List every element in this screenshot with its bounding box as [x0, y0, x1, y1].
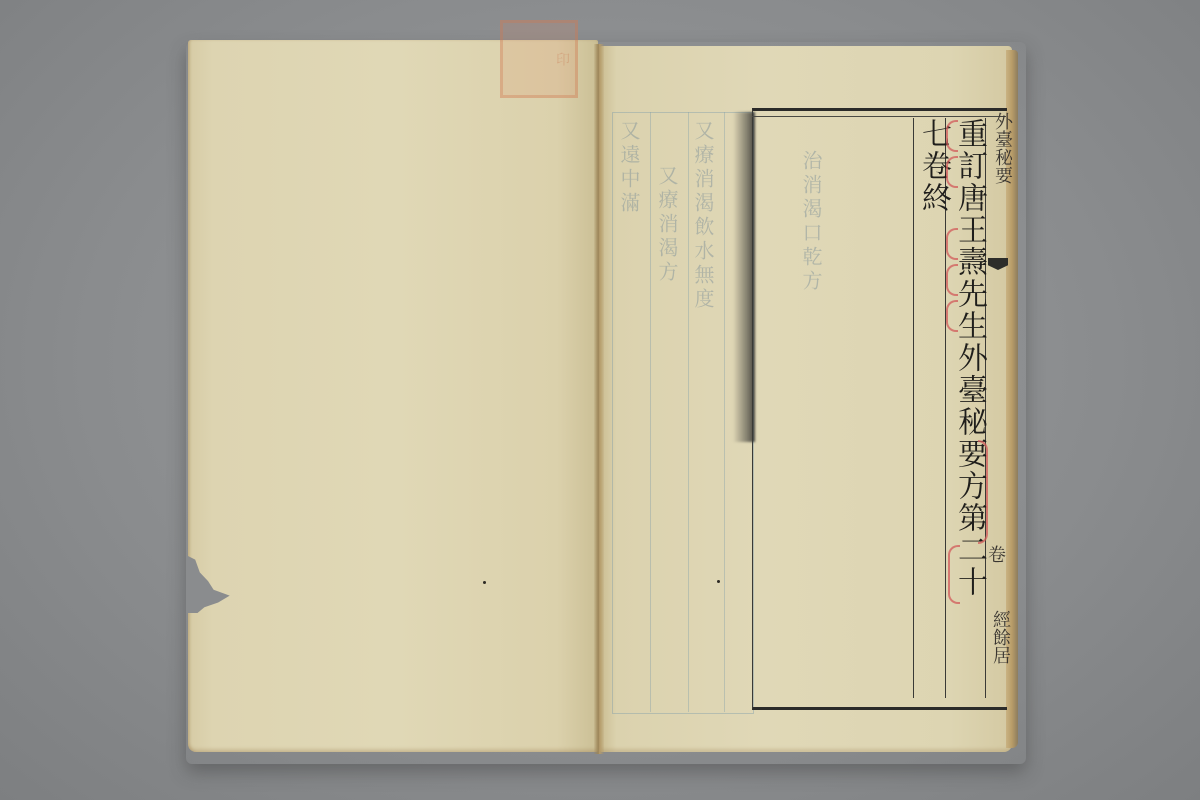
ghost-text-column: 又遠中滿 [618, 120, 640, 216]
banxin-juan-mark: 卷 [986, 545, 1008, 575]
ghost-text-column: 又療消渴飲水無度 [692, 120, 714, 312]
ghost-rule [650, 112, 651, 712]
ink-speck [483, 581, 486, 584]
red-circle-mark [948, 545, 960, 604]
red-bracket-mark [978, 440, 988, 544]
seal-stamp-bleed: 印 [500, 20, 578, 98]
ghost-rule [724, 112, 725, 712]
ghost-text-column: 又療消渴方 [656, 165, 678, 285]
running-title: 外臺秘要 [990, 112, 1012, 262]
frame-inner-line [752, 116, 1006, 117]
book-gutter [594, 44, 604, 754]
publisher-name: 經餘居 [988, 610, 1010, 700]
red-circle-mark [946, 228, 958, 260]
red-circle-mark [946, 300, 958, 332]
red-circle-mark [946, 120, 958, 152]
ghost-rule [688, 112, 689, 712]
left-page [188, 40, 598, 752]
red-circle-mark [946, 264, 958, 296]
red-circle-mark [946, 156, 958, 188]
seal-text: 印 [509, 29, 569, 89]
column-rule [913, 118, 914, 698]
